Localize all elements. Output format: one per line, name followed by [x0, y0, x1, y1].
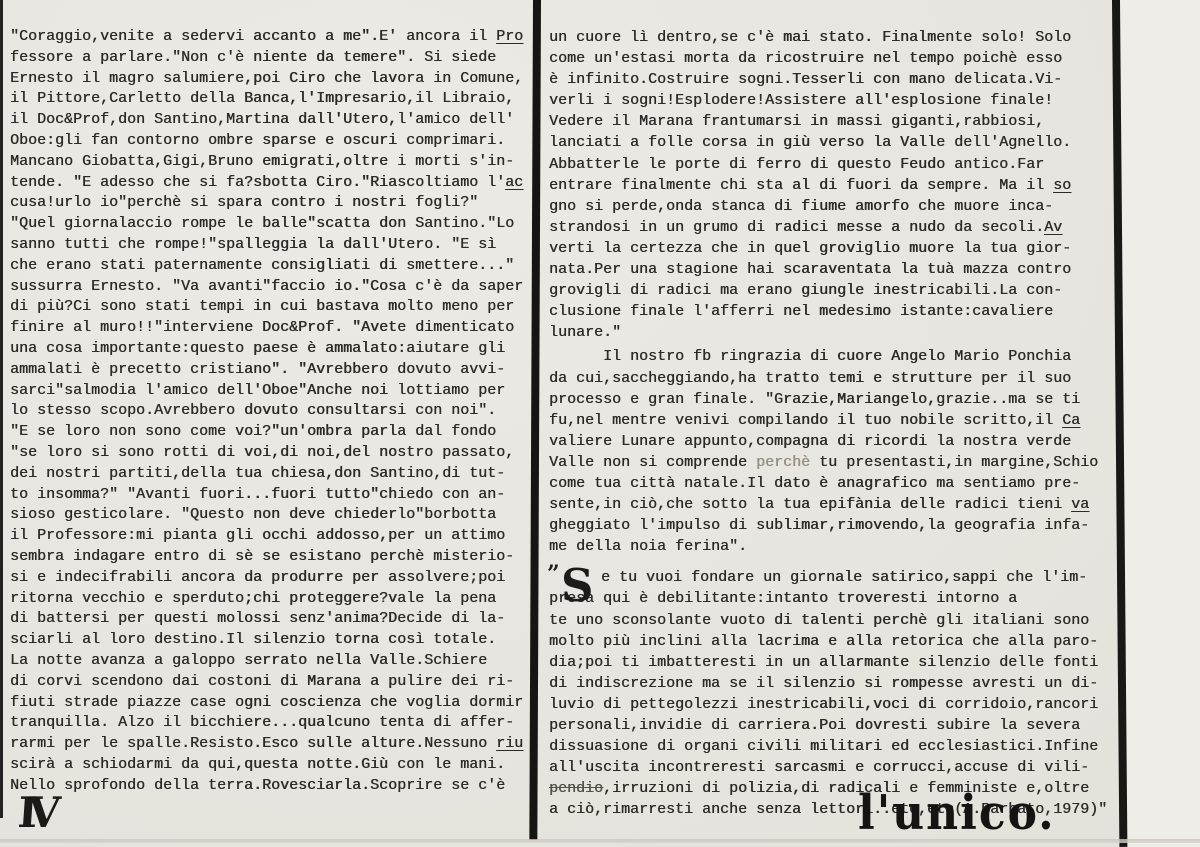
text-line: "Quel giornalaccio rompe le balle"scatta… [10, 214, 534, 235]
text-line: grovigli di radici ma erano giungle ines… [549, 280, 1115, 301]
scanned-page: "Coraggio,venite a sedervi accanto a me"… [0, 0, 1200, 847]
text-line: molto più inclini alla lacrima e alla re… [549, 631, 1115, 652]
text-line: clusione finale l'afferri nel medesimo i… [549, 301, 1115, 322]
text-line: presa qui è debilitante:intanto troveres… [549, 588, 1115, 609]
lead-quote-mark: ” [547, 561, 560, 587]
text-line: sioso gesticolare. "Questo non deve chie… [10, 505, 534, 526]
text-line: il Doc&Prof,don Santino,Martina dall'Ute… [10, 110, 534, 131]
text-line: di più?Ci sono stati tempi in cui bastav… [10, 297, 534, 318]
text-line: all'uscita incontreresti sarcasmi e corr… [549, 757, 1115, 778]
bottom-page-edge-shadow [0, 839, 1200, 843]
text-line: "Coraggio,venite a sedervi accanto a me"… [10, 27, 534, 48]
text-line: finire al muro!!"interviene Doc&Prof. "A… [10, 318, 534, 339]
text-line: verti la certezza che in quel groviglio … [549, 238, 1115, 259]
text-line: Oboe:gli fan contorno ombre sparse e osc… [10, 131, 534, 152]
text-line: di battersi per questi molossi senz'anim… [10, 609, 534, 630]
text-line: valiere Lunare appunto,compagna di ricor… [549, 431, 1115, 452]
lunico-logo: l'unico. [858, 786, 1056, 841]
page-number: IV [16, 788, 52, 837]
text-line: gheggiato l'impulso di sublimar,rimovend… [549, 515, 1115, 536]
text-line: e tu vuoi fondare un giornale satirico,s… [549, 567, 1115, 588]
text-line: sembra indagare entro di sè se esistano … [10, 547, 534, 568]
text-line: sanno tutti che rompe!"spalleggia la dal… [10, 235, 534, 256]
text-line: Valle non si comprende perchè tu present… [549, 452, 1115, 473]
dropcap-block: ” S [549, 563, 601, 609]
text-line: ammalati è precetto cristiano". "Avrebbe… [10, 360, 534, 381]
paragraph-3: ” S e tu vuoi fondare un giornale satiri… [549, 567, 1115, 820]
text-line: fessore a parlare."Non c'è niente da tem… [10, 48, 534, 69]
text-line: come un'estasi morta da ricostruire nel … [549, 48, 1115, 69]
text-line: "E se loro non sono come voi?"un'ombra p… [10, 422, 534, 443]
text-line: il Professore:mi pianta gli occhi addoss… [10, 526, 534, 547]
text-line: nata.Per una stagione hai scaraventata l… [549, 259, 1115, 280]
text-line: ritorna vecchio e sperduto;chi protegger… [10, 589, 534, 610]
text-line: Abbatterle le porte di ferro di questo F… [549, 154, 1115, 175]
text-line: Vedere il Marana frantumarsi in massi gi… [549, 111, 1115, 132]
text-line: cusa!urlo io"perchè si spara contro i no… [10, 193, 534, 214]
text-line: sente,in ciò,che sotto la tua epifània d… [549, 494, 1115, 515]
text-line: entrare finalmente chi sta al di fuori d… [549, 175, 1115, 196]
text-line: il Pittore,Carletto della Banca,l'Impres… [10, 89, 534, 110]
text-line: luvio di pettegolezzi inestricabili,voci… [549, 694, 1115, 715]
text-line: to insomma?" "Avanti fuori...fuori tutto… [10, 485, 534, 506]
text-line: di indiscrezione ma se il silenzio si ro… [549, 673, 1115, 694]
text-line: lunare." [549, 322, 1115, 343]
text-line: strandosi in un grumo di radici messe a … [549, 217, 1115, 238]
text-line: dissuasione di organi civili militari ed… [549, 736, 1115, 757]
text-line: sarci"salmodia l'amico dell'Oboe"Anche n… [10, 381, 534, 402]
text-line: da cui,saccheggiando,ha tratto temi e st… [549, 368, 1115, 389]
right-margin-strip [1120, 0, 1200, 847]
text-line: "se loro si sono rotti di voi,di noi,del… [10, 443, 534, 464]
text-line: verli i sogni!Esplodere!Assistere all'es… [549, 90, 1115, 111]
text-line: si e indecifrabili ancora da produrre pe… [10, 568, 534, 589]
text-line: dei nostri partiti,della tua chiesa,don … [10, 464, 534, 485]
text-line: La notte avanza a galoppo serrato nella … [10, 651, 534, 672]
text-line: processo e gran finale. "Grazie,Mariange… [549, 389, 1115, 410]
text-line: rarmi per le spalle.Resisto.Esco sulle a… [10, 734, 534, 755]
text-line: sciarli al loro destino.Il silenzio torn… [10, 630, 534, 651]
text-line: dia;poi ti imbatteresti in un allarmante… [549, 652, 1115, 673]
left-page-edge-rule [0, 0, 3, 818]
text-line: una cosa importante:questo paese è ammal… [10, 339, 534, 360]
text-line: di corvi scendono dai costoni di Marana … [10, 672, 534, 693]
text-line: Il nostro fb ringrazia di cuore Angelo M… [549, 346, 1115, 367]
right-column: un cuore lì dentro,se c'è mai stato. Fin… [549, 27, 1115, 820]
text-line: fu,nel mentre venivi compilando il tuo n… [549, 410, 1115, 431]
left-column: "Coraggio,venite a sedervi accanto a me"… [10, 27, 534, 796]
dropcap-letter-s: S [561, 563, 594, 608]
text-line: scirà a schiodarmi da qui,questa notte.G… [10, 755, 534, 776]
paragraph-1: un cuore lì dentro,se c'è mai stato. Fin… [549, 27, 1115, 343]
text-line: che erano stati paternamente consigliati… [10, 256, 534, 277]
text-line: sussurra Ernesto. "Va avanti"faccio io."… [10, 277, 534, 298]
text-line: è infinito.Costruire sogni.Tesserli con … [549, 69, 1115, 90]
text-line: Nello sprofondo della terra.Rovesciarla.… [10, 776, 534, 797]
text-line: un cuore lì dentro,se c'è mai stato. Fin… [549, 27, 1115, 48]
text-line: tranquilla. Alzo il bicchiere...qualcuno… [10, 713, 534, 734]
text-line: Ernesto il magro salumiere,poi Ciro che … [10, 69, 534, 90]
text-line: lanciati a folle corsa in giù verso la V… [549, 132, 1115, 153]
text-line: personali,invidie di carriera.Poi dovres… [549, 715, 1115, 736]
text-line: fiuti strade piazze case ogni coscienza … [10, 693, 534, 714]
text-line: lo stesso scopo.Avrebbero dovuto consult… [10, 401, 534, 422]
text-line: gno si perde,onda stanca di fiume amorfo… [549, 196, 1115, 217]
text-line: Mancano Giobatta,Gigi,Bruno emigrati,olt… [10, 152, 534, 173]
text-line: come tua città natale.Il dato è anagrafi… [549, 473, 1115, 494]
text-line: tende. "E adesso che si fa?sbotta Ciro."… [10, 173, 534, 194]
text-line: me della noia ferina". [549, 536, 1115, 557]
paragraph-2: Il nostro fb ringrazia di cuore Angelo M… [549, 346, 1115, 557]
text-line: te uno sconsolante vuoto di talenti perc… [549, 610, 1115, 631]
